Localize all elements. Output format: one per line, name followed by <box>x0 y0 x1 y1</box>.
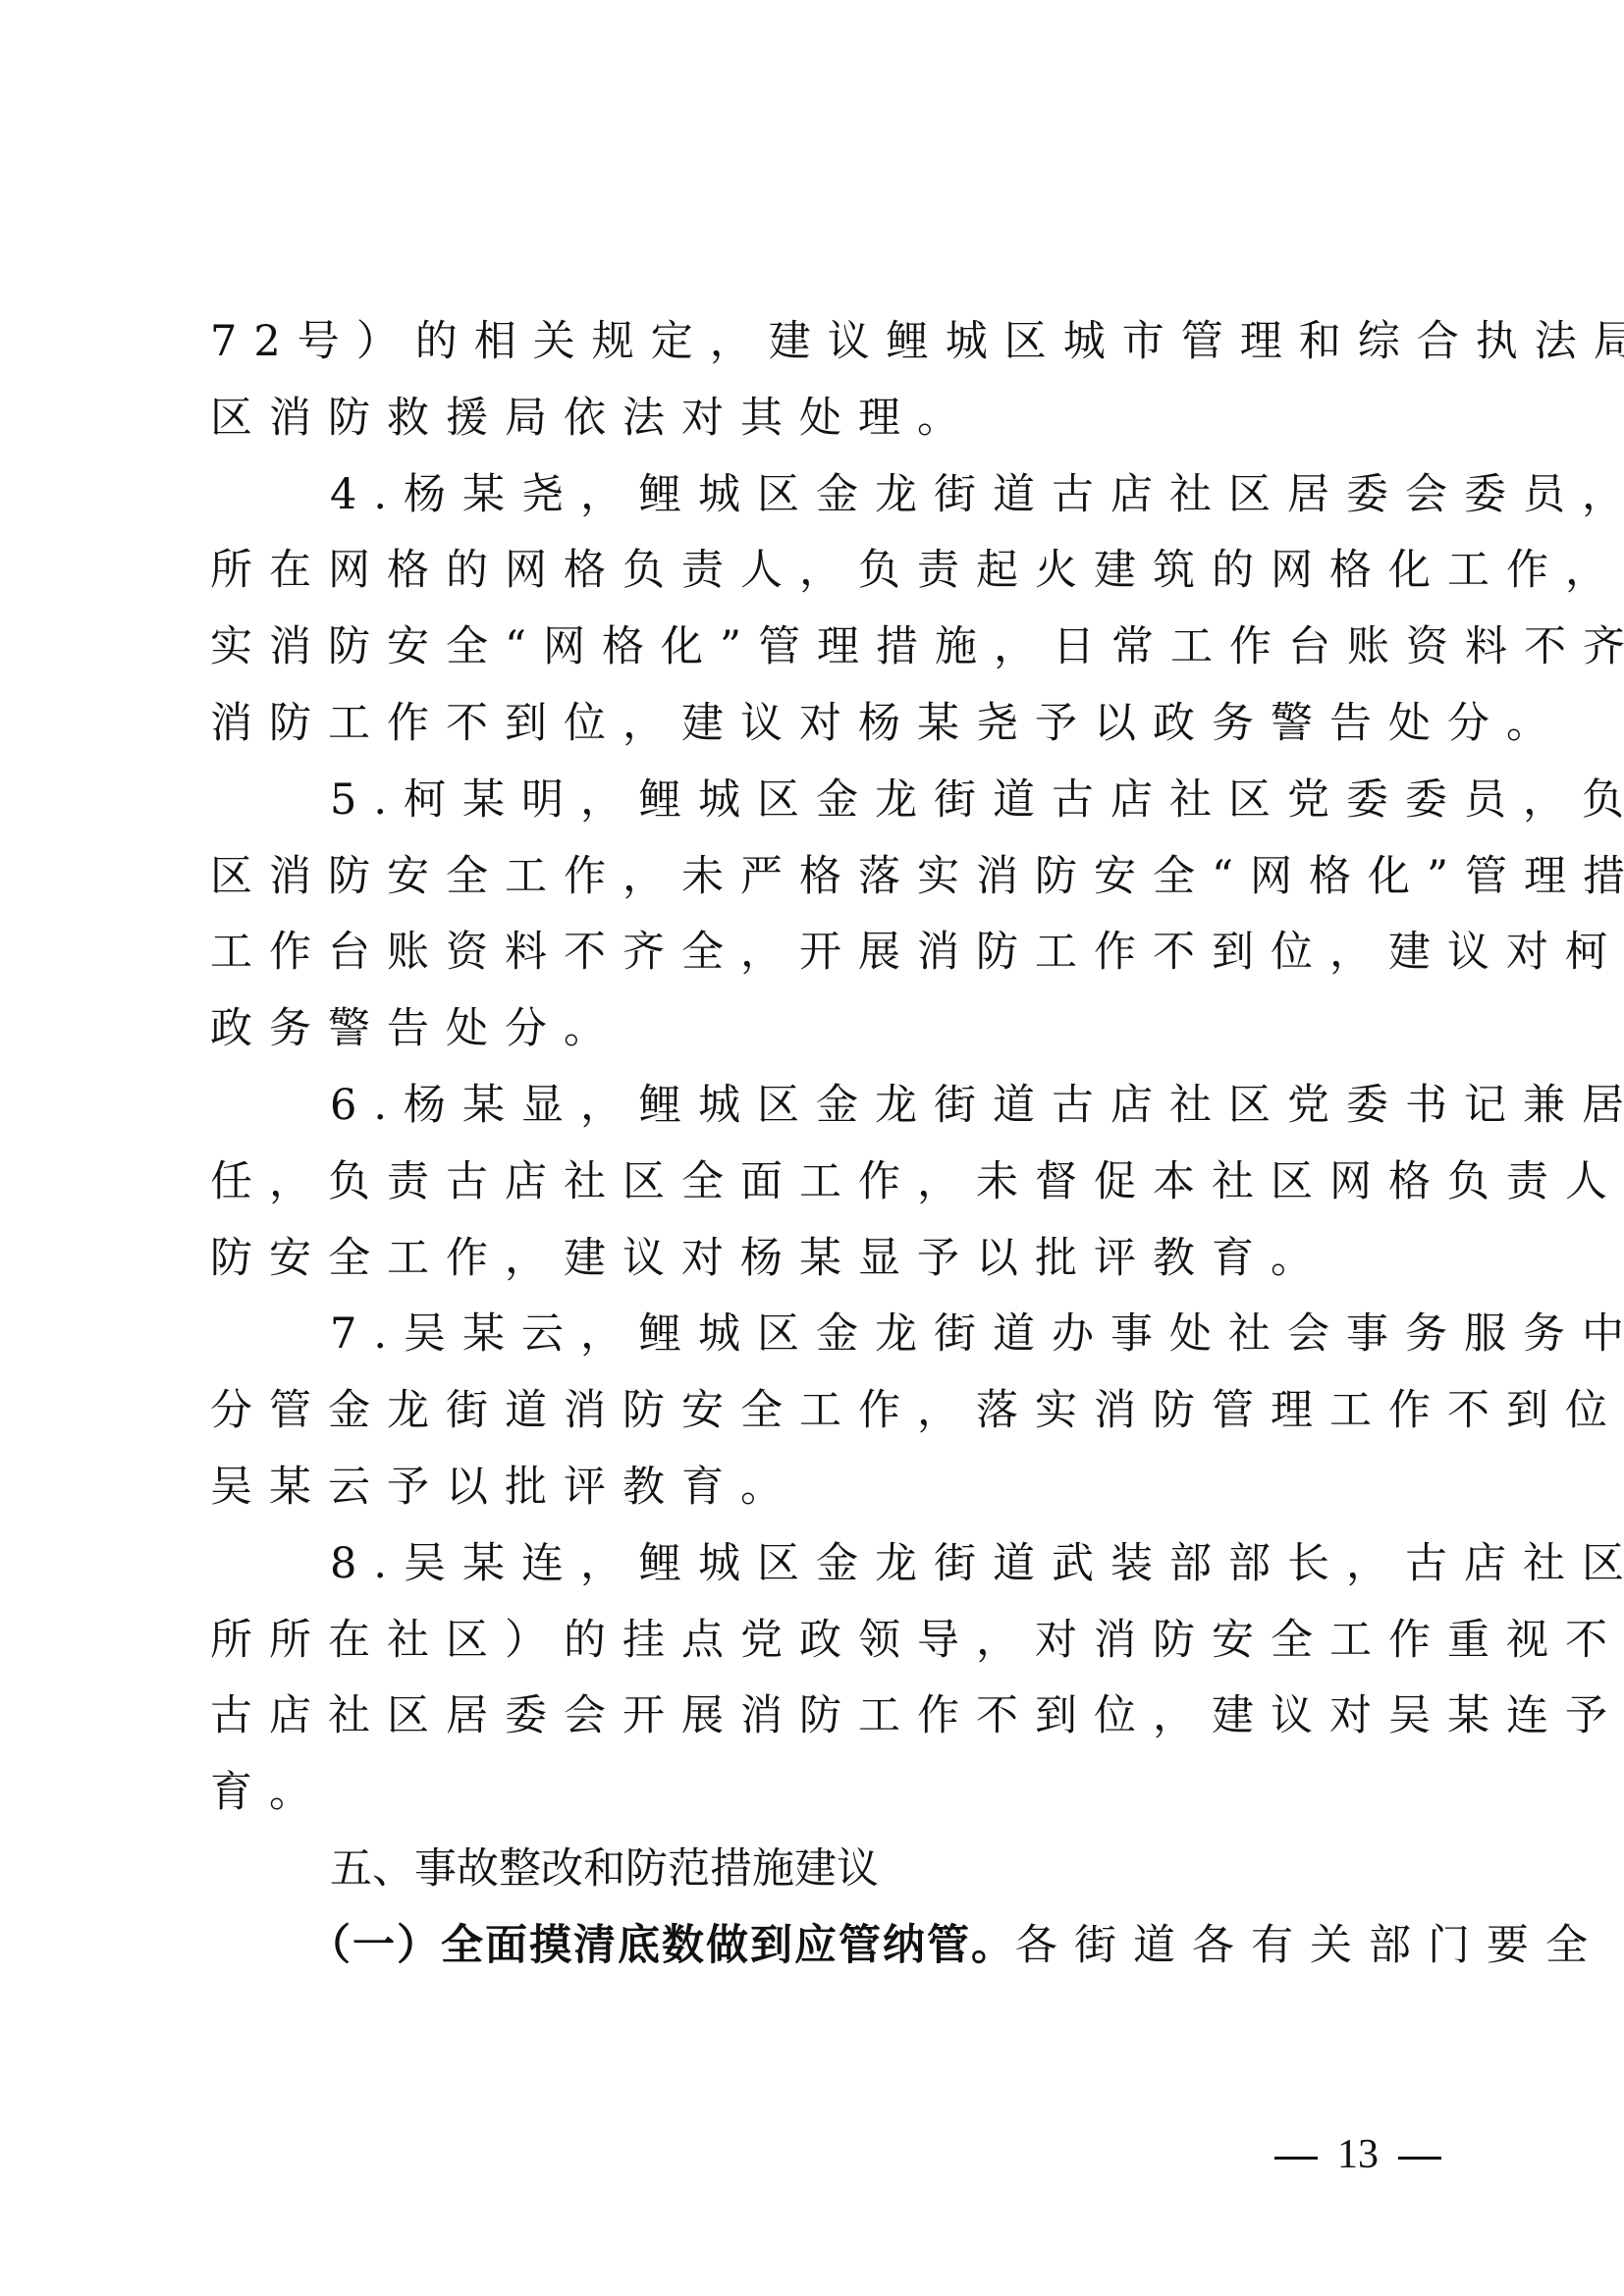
text-line: 消防工作不到位，建议对杨某尧予以政务警告处分。 <box>210 686 1420 763</box>
text-line: 防安全工作，建议对杨某显予以批评教育。 <box>210 1221 1420 1298</box>
text-line: 所所在社区）的挂点党政领导，对消防安全工作重视不够，指导 <box>210 1603 1420 1680</box>
text-line: 区消防救援局依法对其处理。 <box>210 381 1420 457</box>
text-line: 政务警告处分。 <box>210 991 1420 1068</box>
text-line: 古店社区居委会开展消防工作不到位，建议对吴某连予以批评教 <box>210 1679 1420 1755</box>
text-line: 工作台账资料不齐全，开展消防工作不到位，建议对柯某明予以 <box>210 915 1420 991</box>
paragraph-item-6: 6.杨某显，鲤城区金龙街道古店社区党委书记兼居委会主 <box>210 1068 1420 1145</box>
text-line: 实消防安全“网格化”管理措施，日常工作台账资料不齐全，开展 <box>210 610 1420 686</box>
subsection-title: （一）全面摸清底数做到应管纳管。 <box>308 1921 1015 1970</box>
text-line: 吴某云予以批评教育。 <box>210 1450 1420 1526</box>
subsection-text: 各街道各有关部门要全 <box>1015 1921 1604 1970</box>
dash-right <box>1398 2157 1441 2160</box>
text-line: 所在网格的网格负责人，负责起火建筑的网格化工作，未严格落 <box>210 533 1420 610</box>
document-page: 72号）的相关规定，建议鲤城区城市管理和综合执法局、鲤城 区消防救援局依法对其处… <box>0 0 1624 2296</box>
paragraph-item-8: 8.吴某连，鲤城区金龙街道武装部部长，古店社区（起火场 <box>210 1526 1420 1603</box>
paragraph-item-7: 7.吴某云，鲤城区金龙街道办事处社会事务服务中心主任， <box>210 1297 1420 1373</box>
paragraph-item-4: 4.杨某尧，鲤城区金龙街道古店社区居委会委员，起火建筑 <box>210 457 1420 534</box>
text-line: 72号）的相关规定，建议鲤城区城市管理和综合执法局、鲤城 <box>210 304 1420 381</box>
text-line: 任，负责古店社区全面工作，未督促本社区网格负责人落实好消 <box>210 1145 1420 1221</box>
page-number-value: 13 <box>1337 2132 1379 2177</box>
text-line: 育。 <box>210 1755 1420 1832</box>
section-heading: 五、事故整改和防范措施建议 <box>210 1832 1420 1908</box>
dash-left <box>1274 2157 1318 2160</box>
paragraph-item-5: 5.柯某明，鲤城区金龙街道古店社区党委委员，负责古店社 <box>210 763 1420 839</box>
text-line: 区消防安全工作，未严格落实消防安全“网格化”管理措施，日常 <box>210 839 1420 916</box>
page-number: 13 <box>1255 2130 1461 2179</box>
subsection-paragraph: （一）全面摸清底数做到应管纳管。各街道各有关部门要全 <box>210 1908 1420 1985</box>
document-body: 72号）的相关规定，建议鲤城区城市管理和综合执法局、鲤城 区消防救援局依法对其处… <box>210 304 1420 1985</box>
text-line: 分管金龙街道消防安全工作，落实消防管理工作不到位，建议对 <box>210 1373 1420 1450</box>
